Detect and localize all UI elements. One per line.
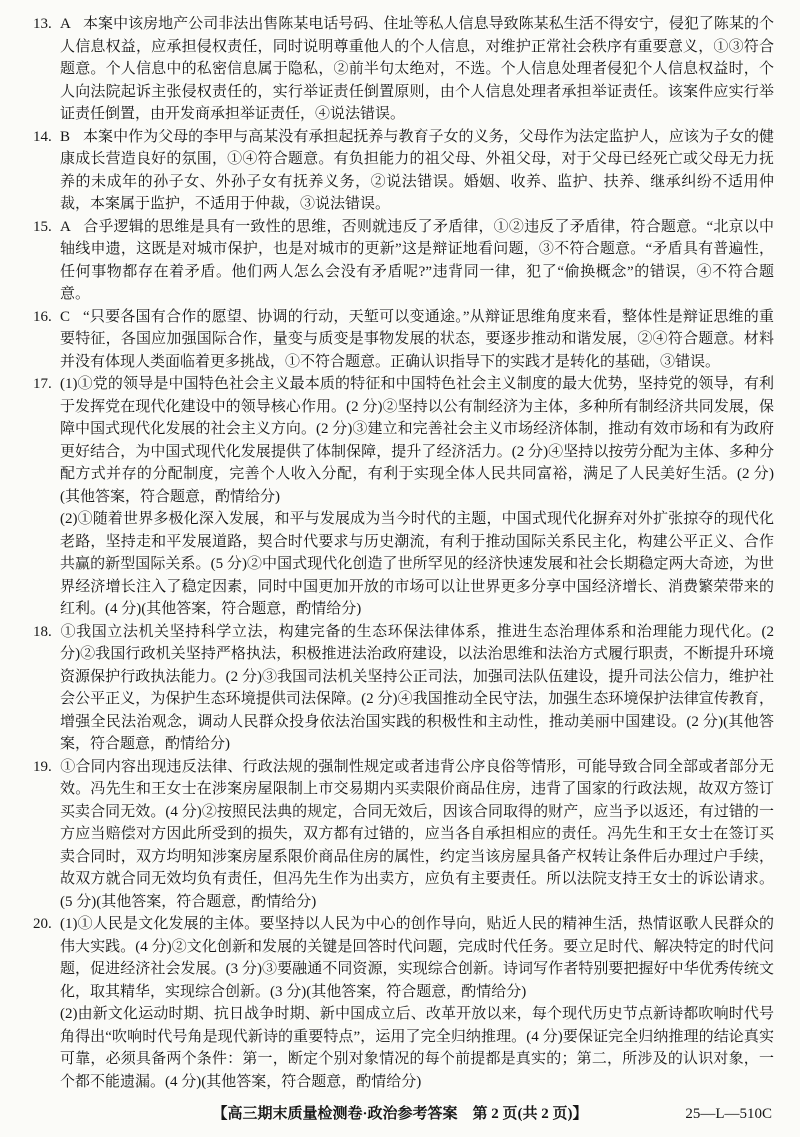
- answer-text: ①合同内容出现违反法律、行政法规的强制性规定或者违背公序良俗等情形，可能导致合同…: [60, 759, 774, 910]
- answer-text: “只要各国有合作的愿望、协调的行动，天堑可以变通途。”从辩证思维角度来看，整体性…: [60, 309, 774, 370]
- answer-paragraph: 13.A本案中该房地产公司非法出售陈某电话号码、住址等私人信息导致陈某私生活不得…: [60, 13, 774, 126]
- footer-title: 【高三期末质量检测卷·政治参考答案 第 2 页(共 2 页)】: [0, 1104, 800, 1124]
- answer-paragraph: 20.(1)①人民是文化发展的主体。要坚持以人民为中心的创作导向，贴近人民的精神…: [60, 913, 774, 1003]
- answer-paragraph: 14.B本案中作为父母的李甲与高某没有承担起抚养与教育子女的义务，父母作为法定监…: [60, 126, 774, 216]
- answer-text: (1)①人民是文化发展的主体。要坚持以人民为中心的创作导向，贴近人民的精神生活，…: [60, 916, 774, 1000]
- item-number: 17.: [33, 373, 60, 396]
- answer-item-16: 16.C“只要各国有合作的愿望、协调的行动，天堑可以变通途。”从辩证思维角度来看…: [33, 306, 774, 374]
- answer-text: (1)①党的领导是中国特色社会主义最本质的特征和中国特色社会主义制度的最大优势，…: [60, 376, 774, 505]
- answer-item-18: 18.①我国立法机关坚持科学立法，构建完备的生态环保法律体系，推进生态治理体系和…: [33, 621, 774, 756]
- answer-paragraph: (2)①随着世界多极化深入发展，和平与发展成为当今时代的主题，中国式现代化摒弃对…: [60, 508, 774, 621]
- answer-letter: B: [60, 126, 83, 149]
- answer-text: 本案中作为父母的李甲与高某没有承担起抚养与教育子女的义务，父母作为法定监护人，应…: [60, 129, 774, 213]
- answer-paragraph: 19.①合同内容出现违反法律、行政法规的强制性规定或者违背公序良俗等情形，可能导…: [60, 756, 774, 914]
- footer-code: 25—L—510C: [685, 1104, 772, 1124]
- answer-text: (2)由新文化运动时期、抗日战争时期、新中国成立后、改革开放以来，每个现代历史节…: [60, 1006, 774, 1090]
- answer-text: (2)①随着世界多极化深入发展，和平与发展成为当今时代的主题，中国式现代化摒弃对…: [60, 511, 774, 617]
- answer-letter: A: [60, 216, 83, 239]
- page-footer: 【高三期末质量检测卷·政治参考答案 第 2 页(共 2 页)】 25—L—510…: [0, 1104, 800, 1124]
- answer-paragraph: 15.A合乎逻辑的思维是具有一致性的思维，否则就违反了矛盾律，①②违反了矛盾律，…: [60, 216, 774, 306]
- item-number: 15.: [33, 216, 60, 239]
- answer-paragraph: 16.C“只要各国有合作的愿望、协调的行动，天堑可以变通途。”从辩证思维角度来看…: [60, 306, 774, 374]
- answer-letter: C: [60, 306, 83, 329]
- answer-item-14: 14.B本案中作为父母的李甲与高某没有承担起抚养与教育子女的义务，父母作为法定监…: [33, 126, 774, 216]
- answer-letter: A: [60, 13, 83, 36]
- answer-sheet: 13.A本案中该房地产公司非法出售陈某电话号码、住址等私人信息导致陈某私生活不得…: [33, 13, 774, 1093]
- answer-item-15: 15.A合乎逻辑的思维是具有一致性的思维，否则就违反了矛盾律，①②违反了矛盾律，…: [33, 216, 774, 306]
- answer-item-19: 19.①合同内容出现违反法律、行政法规的强制性规定或者违背公序良俗等情形，可能导…: [33, 756, 774, 914]
- item-number: 16.: [33, 306, 60, 329]
- item-number: 13.: [33, 13, 60, 36]
- answer-text: 本案中该房地产公司非法出售陈某电话号码、住址等私人信息导致陈某私生活不得安宁，侵…: [60, 16, 774, 122]
- answer-text: ①我国立法机关坚持科学立法，构建完备的生态环保法律体系，推进生态治理体系和治理能…: [60, 624, 774, 753]
- answer-text: 合乎逻辑的思维是具有一致性的思维，否则就违反了矛盾律，①②违反了矛盾律，符合题意…: [60, 219, 774, 303]
- answer-item-20: 20.(1)①人民是文化发展的主体。要坚持以人民为中心的创作导向，贴近人民的精神…: [33, 913, 774, 1093]
- item-number: 14.: [33, 126, 60, 149]
- answer-paragraph: 18.①我国立法机关坚持科学立法，构建完备的生态环保法律体系，推进生态治理体系和…: [60, 621, 774, 756]
- answer-paragraph: (2)由新文化运动时期、抗日战争时期、新中国成立后、改革开放以来，每个现代历史节…: [60, 1003, 774, 1093]
- answer-item-13: 13.A本案中该房地产公司非法出售陈某电话号码、住址等私人信息导致陈某私生活不得…: [33, 13, 774, 126]
- item-number: 20.: [33, 913, 60, 936]
- item-number: 19.: [33, 756, 60, 779]
- item-number: 18.: [33, 621, 60, 644]
- answer-item-17: 17.(1)①党的领导是中国特色社会主义最本质的特征和中国特色社会主义制度的最大…: [33, 373, 774, 621]
- answer-paragraph: 17.(1)①党的领导是中国特色社会主义最本质的特征和中国特色社会主义制度的最大…: [60, 373, 774, 508]
